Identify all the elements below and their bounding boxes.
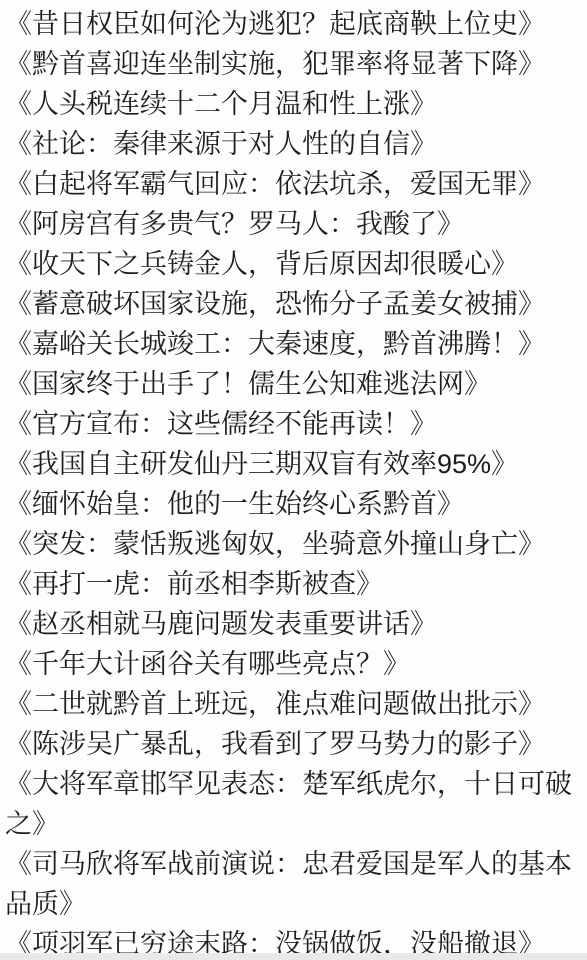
headline: 《千年大计函谷关有哪些亮点？》	[5, 644, 575, 684]
headline-list: 《昔日权臣如何沦为逃犯？起底商鞅上位史》 《黔首喜迎连坐制实施，犯罪率将显著下降…	[5, 0, 575, 960]
headline: 《阿房宫有多贵气？罗马人：我酸了》	[5, 204, 575, 244]
headline: 《国家终于出手了！儒生公知难逃法网》	[5, 364, 575, 404]
headline: 《司马欣将军战前演说：忠君爱国是军人的基本品质》	[5, 844, 575, 924]
headline: 《二世就黔首上班远，准点难问题做出批示》	[5, 684, 575, 724]
headline: 《嘉峪关长城竣工：大秦速度，黔首沸腾！》	[5, 324, 575, 364]
headline: 《再打一虎：前丞相李斯被查》	[5, 564, 575, 604]
headline: 《赵丞相就马鹿问题发表重要讲话》	[5, 604, 575, 644]
headline: 《我国自主研发仙丹三期双盲有效率95%》	[5, 444, 575, 484]
headline: 《黔首喜迎连坐制实施，犯罪率将显著下降》	[5, 44, 575, 84]
bottom-edge-band	[0, 953, 587, 960]
headline: 《社论：秦律来源于对人性的自信》	[5, 124, 575, 164]
headline: 《官方宣布：这些儒经不能再读！》	[5, 404, 575, 444]
headline: 《大将军章邯罕见表态：楚军纸虎尔，十日可破之》	[5, 764, 575, 844]
headline: 《收天下之兵铸金人，背后原因却很暖心》	[5, 244, 575, 284]
headline: 《人头税连续十二个月温和性上涨》	[5, 84, 575, 124]
headline: 《突发：蒙恬叛逃匈奴，坐骑意外撞山身亡》	[5, 524, 575, 564]
headline: 《缅怀始皇：他的一生始终心系黔首》	[5, 484, 575, 524]
headline: 《陈涉吴广暴乱，我看到了罗马势力的影子》	[5, 724, 575, 764]
headline: 《蓄意破坏国家设施，恐怖分子孟姜女被捕》	[5, 284, 575, 324]
headline: 《白起将军霸气回应：依法坑杀，爱国无罪》	[5, 164, 575, 204]
headline: 《昔日权臣如何沦为逃犯？起底商鞅上位史》	[5, 4, 575, 44]
